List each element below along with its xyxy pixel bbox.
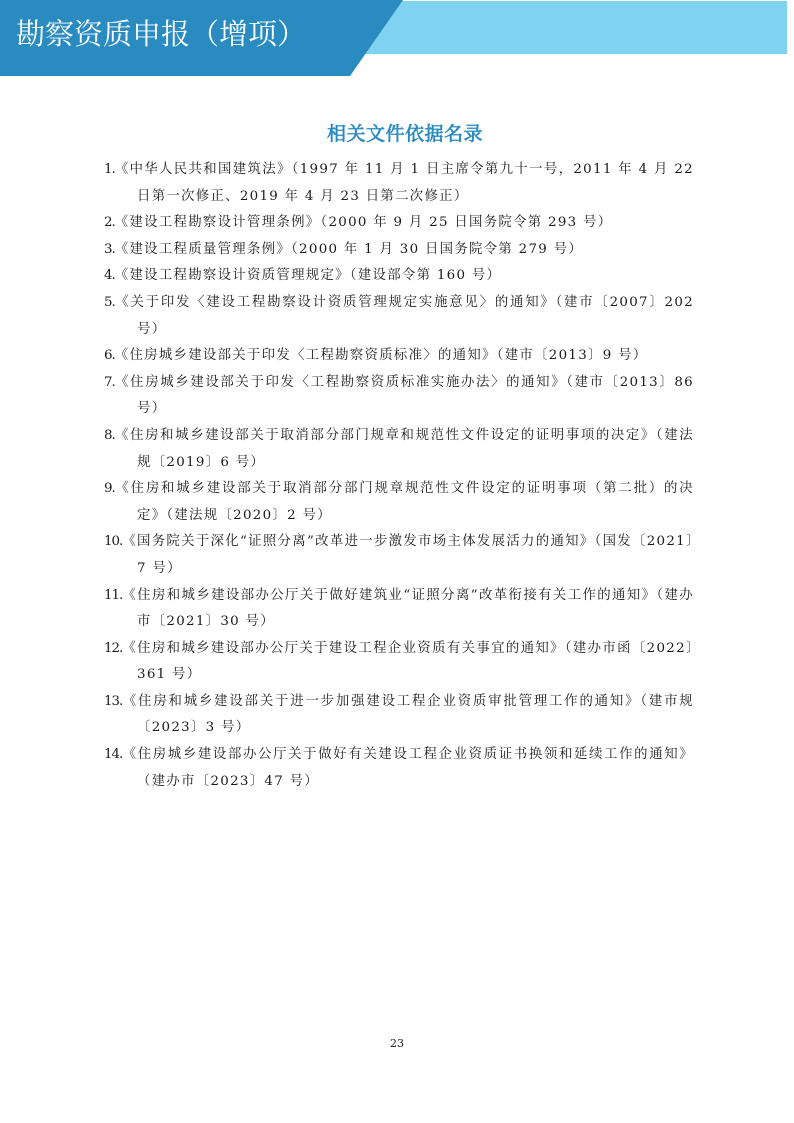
reference-text: 《建设工程勘察设计资质管理规定》（建设部令第 160 号） xyxy=(115,268,501,283)
reference-item: 2.《建设工程勘察设计管理条例》（2000 年 9 月 25 日国务院令第 29… xyxy=(104,210,694,237)
reference-text: 《中华人民共和国建筑法》（1997 年 11 月 1 日主席令第九十一号，201… xyxy=(115,162,694,204)
reference-item: 11.《住房和城乡建设部办公厅关于做好建筑业“证照分离”改革衔接有关工作的通知》… xyxy=(104,583,694,636)
reference-item: 12.《住房和城乡建设部办公厅关于建设工程企业资质有关事宜的通知》（建办市函〔2… xyxy=(104,636,694,689)
reference-item: 7.《住房城乡建设部关于印发〈工程勘察资质标准实施办法〉的通知》（建市〔2013… xyxy=(104,370,694,423)
document-section-title: 勘察资质申报（增项） xyxy=(16,14,306,54)
page-title: 相关文件依据名录 xyxy=(0,119,794,146)
reference-text: 《国务院关于深化“证照分离”改革进一步激发市场主体发展活力的通知》（国发〔202… xyxy=(122,534,694,576)
reference-number: 6. xyxy=(104,348,115,363)
reference-item: 13.《住房和城乡建设部关于进一步加强建设工程企业资质审批管理工作的通知》（建市… xyxy=(104,689,694,742)
reference-item: 3.《建设工程质量管理条例》（2000 年 1 月 30 日国务院令第 279 … xyxy=(104,237,694,264)
reference-number: 11. xyxy=(104,588,122,603)
reference-text: 《住房城乡建设部办公厅关于做好有关建设工程企业资质证书换领和延续工作的通知》（建… xyxy=(122,747,694,789)
reference-number: 10. xyxy=(104,534,122,549)
reference-item: 5.《关于印发〈建设工程勘察设计资质管理规定实施意见〉的通知》（建市〔2007〕… xyxy=(104,290,694,343)
page-number: 23 xyxy=(0,1037,794,1050)
reference-text: 《住房和城乡建设部关于取消部分部门规章和规范性文件设定的证明事项的决定》（建法规… xyxy=(115,428,694,470)
reference-number: 14. xyxy=(104,747,122,762)
reference-number: 9. xyxy=(104,481,115,496)
reference-item: 1.《中华人民共和国建筑法》（1997 年 11 月 1 日主席令第九十一号，2… xyxy=(104,157,694,210)
reference-number: 1. xyxy=(104,162,115,177)
header-banner: 勘察资质申报（增项） xyxy=(0,0,794,80)
reference-text: 《住房城乡建设部关于印发〈工程勘察资质标准实施办法〉的通知》（建市〔2013〕8… xyxy=(115,375,694,417)
reference-number: 2. xyxy=(104,215,115,230)
reference-text: 《住房城乡建设部关于印发〈工程勘察资质标准〉的通知》（建市〔2013〕9 号） xyxy=(115,348,648,363)
reference-text: 《住房和城乡建设部关于进一步加强建设工程企业资质审批管理工作的通知》（建市规〔2… xyxy=(122,694,694,736)
reference-item: 8.《住房和城乡建设部关于取消部分部门规章和规范性文件设定的证明事项的决定》（建… xyxy=(104,423,694,476)
reference-item: 10.《国务院关于深化“证照分离”改革进一步激发市场主体发展活力的通知》（国发〔… xyxy=(104,529,694,582)
reference-item: 6.《住房城乡建设部关于印发〈工程勘察资质标准〉的通知》（建市〔2013〕9 号… xyxy=(104,343,694,370)
reference-text: 《住房和城乡建设部关于取消部分部门规章规范性文件设定的证明事项（第二批）的决定》… xyxy=(115,481,694,523)
reference-number: 7. xyxy=(104,375,115,390)
reference-list: 1.《中华人民共和国建筑法》（1997 年 11 月 1 日主席令第九十一号，2… xyxy=(104,157,694,795)
reference-text: 《建设工程质量管理条例》（2000 年 1 月 30 日国务院令第 279 号） xyxy=(115,242,583,257)
reference-text: 《住房和城乡建设部办公厅关于建设工程企业资质有关事宜的通知》（建办市函〔2022… xyxy=(122,641,694,683)
reference-number: 12. xyxy=(104,641,122,656)
light-band xyxy=(336,1,787,54)
reference-number: 5. xyxy=(104,295,115,310)
reference-item: 9.《住房和城乡建设部关于取消部分部门规章规范性文件设定的证明事项（第二批）的决… xyxy=(104,476,694,529)
reference-number: 4. xyxy=(104,268,115,283)
reference-item: 4.《建设工程勘察设计资质管理规定》（建设部令第 160 号） xyxy=(104,263,694,290)
reference-text: 《建设工程勘察设计管理条例》（2000 年 9 月 25 日国务院令第 293 … xyxy=(115,215,613,230)
reference-text: 《关于印发〈建设工程勘察设计资质管理规定实施意见〉的通知》（建市〔2007〕20… xyxy=(115,295,694,337)
reference-item: 14.《住房城乡建设部办公厅关于做好有关建设工程企业资质证书换领和延续工作的通知… xyxy=(104,742,694,795)
reference-number: 8. xyxy=(104,428,115,443)
reference-text: 《住房和城乡建设部办公厅关于做好建筑业“证照分离”改革衔接有关工作的通知》（建办… xyxy=(122,588,694,630)
reference-number: 13. xyxy=(104,694,122,709)
reference-number: 3. xyxy=(104,242,115,257)
